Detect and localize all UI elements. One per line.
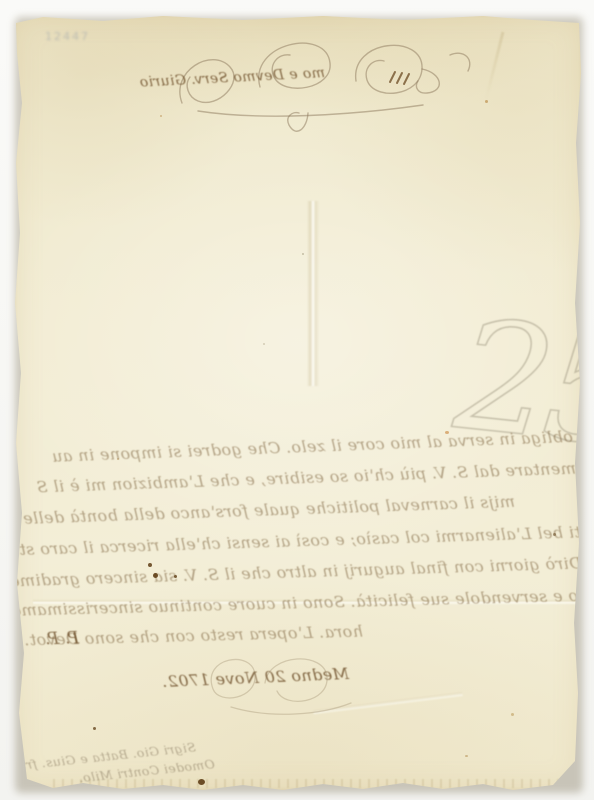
foxing-speck (511, 713, 514, 716)
ink-blot (174, 575, 177, 578)
bleedthrough-pp-mark: P. P. (37, 628, 80, 649)
bleedthrough-line: to e servendole sue felicità. Sono in cu… (35, 586, 585, 619)
scanned-letter-page: 12447 25 mo e Devmo Serv. Giurio obliga … (0, 0, 594, 800)
ink-blot (198, 779, 205, 785)
bleedthrough-line: mentare dal S. V. più ch'io so esibire, … (40, 459, 576, 497)
bleedthrough-signature-flourish (191, 645, 366, 730)
foxing-speck (465, 755, 468, 757)
ink-blot (553, 533, 556, 536)
foxing-speck (302, 253, 304, 255)
foxing-speck (263, 343, 265, 345)
bleedthrough-line: hora. L'opera resto con che sono Devot. (105, 622, 363, 648)
bleedthrough-line: ti bel L'alienarmi col casìo; e così ai … (35, 522, 581, 558)
archival-stamp: 12447 (45, 30, 90, 43)
pencil-foliation-numeral: 25 (448, 286, 594, 481)
bleedthrough-line: mijs il carneval politiche quale fors'an… (45, 492, 515, 527)
ink-blot (153, 573, 158, 578)
bleedthrough-line: Dirò giorni con final augurij in altro c… (38, 553, 582, 589)
foxing-speck (485, 100, 488, 103)
ink-blot (93, 727, 96, 730)
ink-blot (148, 563, 152, 567)
vertical-fold-crease (307, 201, 319, 386)
paper-sheet: 12447 25 mo e Devmo Serv. Giurio obliga … (13, 13, 583, 791)
top-right-wrinkle (485, 32, 505, 101)
foxing-speck (160, 115, 162, 117)
